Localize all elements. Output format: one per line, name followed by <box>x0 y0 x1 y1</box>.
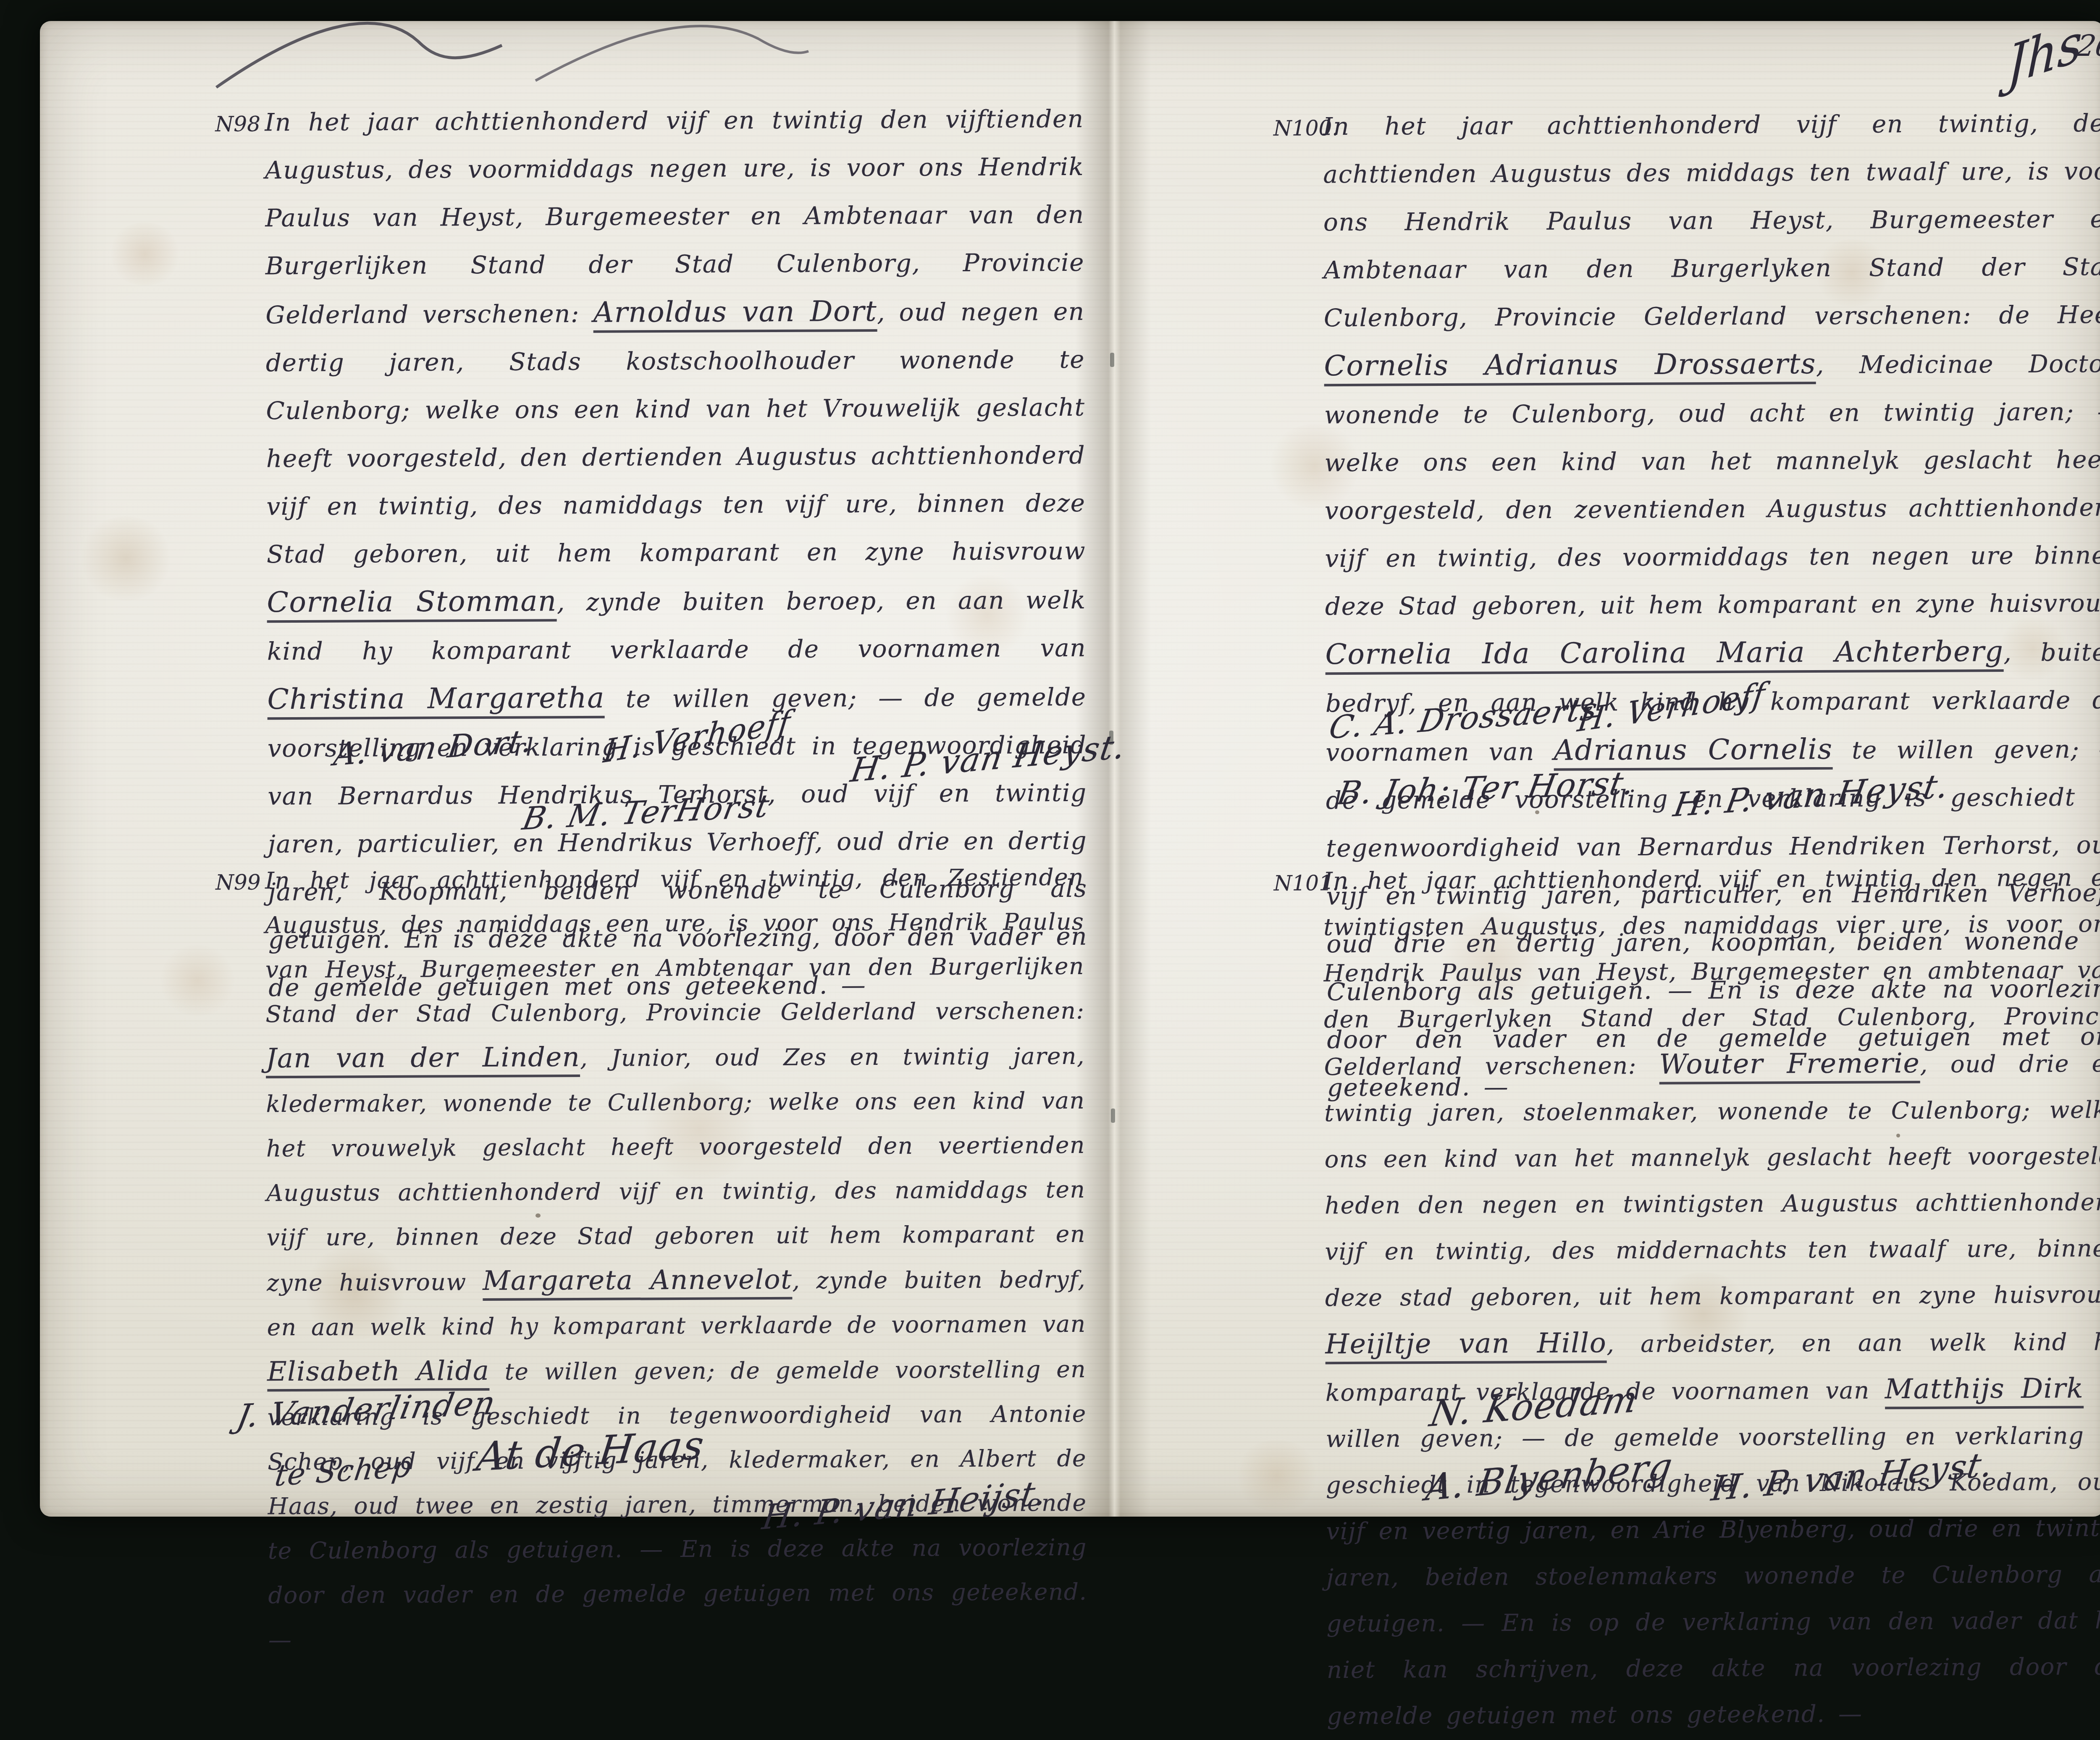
entry-text: In het jaar achttienhonderd vijf en twin… <box>1323 864 2100 1536</box>
stain <box>78 516 174 600</box>
entry-number: N101. <box>1273 860 1339 907</box>
underlined-name: Matthijs Dirk <box>1885 1373 2084 1409</box>
entry-number: N100. <box>1273 104 1339 152</box>
register-spread: Jhs 26 N98In het jaar achttienhonderd vi… <box>40 21 2100 1517</box>
underlined-name: Cornelia Stomman <box>267 584 557 623</box>
notary-paraph: Jhs <box>2006 11 2083 98</box>
binding-stitch <box>1111 1108 1115 1123</box>
stain <box>157 945 237 1016</box>
stain <box>107 223 183 286</box>
record-text: , Medicinae Doctor, wonende te Culenborg… <box>1324 349 2100 621</box>
underlined-name: Cornelis Adrianus Drossaerts <box>1324 347 1816 386</box>
underlined-name: Heijltje van Hillo <box>1325 1327 1606 1364</box>
underlined-name: Cornelia Ida Carolina Maria Achterberg <box>1325 635 2003 675</box>
record-text: , oud drie en twintig jaren, stoelenmake… <box>1324 1050 2100 1312</box>
stain <box>1233 1440 1321 1512</box>
underlined-name: Arnoldus van Dort <box>593 295 877 333</box>
record-text: In het jaar achttienhonderd vijf en twin… <box>265 864 1085 1028</box>
underlined-name: Margareta Annevelot <box>483 1264 792 1301</box>
record-text: , oud negen en dertig jaren, Stads kosts… <box>266 297 1086 569</box>
record-text: In het jaar achttienhonderd vijf en twin… <box>1323 109 2100 332</box>
pen-flourish <box>199 16 577 96</box>
underlined-name: Wouter Fremerie <box>1659 1048 1920 1085</box>
entry-number: N99 <box>215 860 261 904</box>
underlined-name: Jan van der Linden <box>266 1042 580 1078</box>
binding-stitch <box>1110 353 1114 367</box>
pen-flourish <box>523 18 817 89</box>
entry-number: N98 <box>215 100 260 148</box>
record-text: , Junior, oud Zes en twintig jaren, kled… <box>266 1043 1086 1297</box>
underlined-name: Christina Margaretha <box>267 681 605 720</box>
